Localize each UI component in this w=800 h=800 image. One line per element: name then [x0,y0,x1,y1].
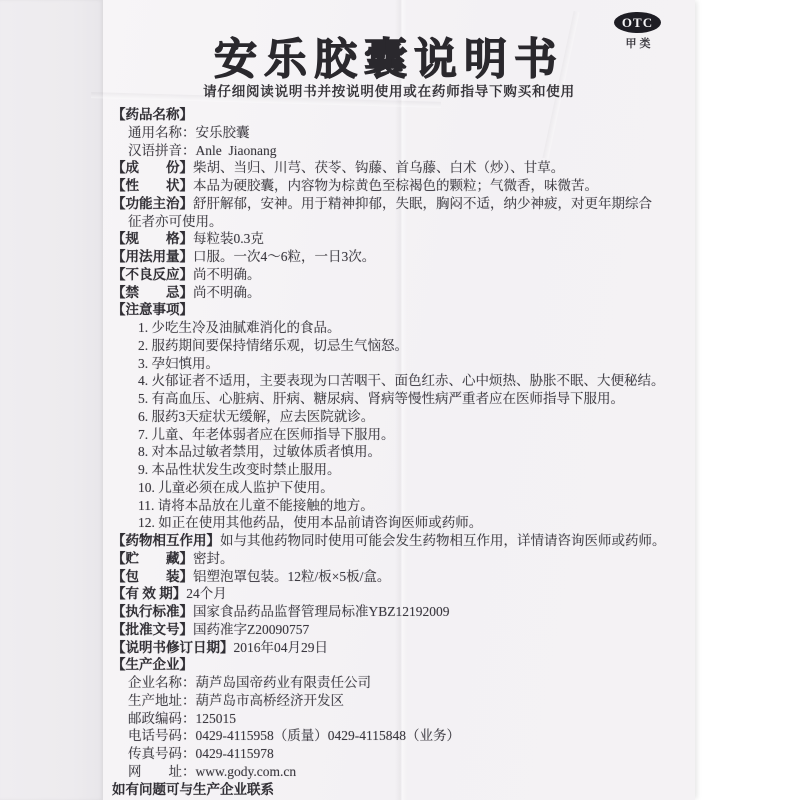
notice-item: 5. 有高血压、心脏病、肝病、糖尿病、肾病等慢性病严重者应在医师指导下服用。 [112,390,690,408]
notice-item: 12. 如正在使用其他药品，使用本品前请咨询医师或药师。 [112,514,690,532]
section-content: 每粒装0.3克 [193,231,264,246]
section-label: 【批准文号】 [112,622,193,637]
section-line: 【禁 忌】尚不明确。 [112,284,690,302]
section-line: 【功能主治】舒肝解郁，安神。用于精神抑郁，失眠，胸闷不适，纳少神疲，对更年期综合 [112,195,690,213]
section-line: 【说明书修订日期】2016年04月29日 [112,639,690,657]
detail-line: 汉语拼音：Anle Jiaonang [112,142,690,160]
section-line: 【贮 藏】密封。 [112,550,690,568]
section-label: 【药物相互作用】 [112,533,220,548]
section-content: 铝塑泡罩包装。12粒/板×5板/盒。 [193,569,390,584]
section-line: 【注意事项】 [112,301,690,319]
section-label: 【用法用量】 [112,249,193,264]
section-content: 国家食品药品监督管理局标准YBZ12192009 [193,604,450,619]
section-label: 【性 状】 [112,178,193,193]
section-content: 本品为硬胶囊，内容物为棕黄色至棕褐色的颗粒；气微香，味微苦。 [193,178,598,193]
section-line: 【不良反应】尚不明确。 [112,266,690,284]
section-line: 【有 效 期】24个月 [112,585,690,603]
section-label: 【禁 忌】 [112,285,193,300]
notice-item: 4. 火郁证者不适用，主要表现为口苦咽干、面色红赤、心中烦热、胁胀不眠、大便秘结… [112,372,690,390]
section-line: 【包 装】铝塑泡罩包装。12粒/板×5板/盒。 [112,568,690,586]
notice-item: 7. 儿童、年老体弱者应在医师指导下服用。 [112,426,690,444]
detail-line: 电话号码：0429-4115958（质量）0429-4115848（业务） [112,727,690,745]
section-label: 【规 格】 [112,231,193,246]
detail-line: 企业名称：葫芦岛国帝药业有限责任公司 [112,674,690,692]
leaflet-paper: OTC 甲类 安乐胶囊说明书 请仔细阅读说明书并按说明使用或在药师指导下购买和使… [103,0,695,800]
detail-line: 通用名称：安乐胶囊 [112,124,690,142]
section-content: 24个月 [186,586,227,601]
section-line: 【药物相互作用】如与其他药物同时使用可能会发生药物相互作用，详情请咨询医师或药师… [112,532,690,550]
leaflet-scan-page: OTC 甲类 安乐胶囊说明书 请仔细阅读说明书并按说明使用或在药师指导下购买和使… [0,0,800,800]
section-content: 2016年04月29日 [234,640,329,655]
notice-item: 11. 请将本品放在儿童不能接触的地方。 [112,497,690,515]
section-label: 【注意事项】 [112,302,193,317]
section-label: 【不良反应】 [112,267,193,282]
notice-item: 6. 服药3天症状无缓解，应去医院就诊。 [112,408,690,426]
section-label: 【药品名称】 [112,107,193,122]
detail-line: 生产地址：葫芦岛市高桥经济开发区 [112,692,690,710]
document-body: 【药品名称】通用名称：安乐胶囊汉语拼音：Anle Jiaonang【成 份】柴胡… [112,106,690,798]
footer-note: 如有问题可与生产企业联系 [112,781,690,799]
detail-line: 征者亦可使用。 [112,213,690,231]
section-content: 尚不明确。 [193,285,261,300]
notice-item: 9. 本品性状发生改变时禁止服用。 [112,461,690,479]
section-line: 【药品名称】 [112,106,690,124]
section-line: 【用法用量】口服。一次4～6粒，一日3次。 [112,248,690,266]
section-content: 口服。一次4～6粒，一日3次。 [193,249,375,264]
notice-item: 10. 儿童必须在成人监护下使用。 [112,479,690,497]
section-label: 【说明书修订日期】 [112,640,234,655]
section-label: 【执行标准】 [112,604,193,619]
page-subtitle: 请仔细阅读说明书并按说明使用或在药师指导下购买和使用 [109,80,669,100]
section-label: 【包 装】 [112,569,193,584]
section-content: 国药准字Z20090757 [193,622,309,637]
detail-line: 邮政编码：125015 [112,710,690,728]
section-line: 【执行标准】国家食品药品监督管理局标准YBZ12192009 [112,603,690,621]
section-line: 【规 格】每粒装0.3克 [112,230,690,248]
section-content: 如与其他药物同时使用可能会发生药物相互作用，详情请咨询医师或药师。 [220,533,666,548]
notice-item: 1. 少吃生冷及油腻难消化的食品。 [112,319,690,337]
section-label: 【成 份】 [112,160,193,175]
detail-line: 网 址：www.gody.com.cn [112,763,690,781]
section-content: 柴胡、当归、川芎、茯苓、钩藤、首乌藤、白术（炒）、甘草。 [193,160,564,175]
section-content: 舒肝解郁，安神。用于精神抑郁，失眠，胸闷不适，纳少神疲，对更年期综合 [193,196,652,211]
section-label: 【功能主治】 [112,196,193,211]
notice-item: 8. 对本品过敏者禁用，过敏体质者慎用。 [112,443,690,461]
notice-item: 3. 孕妇慎用。 [112,355,690,373]
left-fold-strip [0,0,103,800]
section-label: 【贮 藏】 [112,551,193,566]
section-line: 【生产企业】 [112,656,690,674]
section-content: 尚不明确。 [193,267,261,282]
section-label: 【有 效 期】 [112,586,186,601]
notice-item: 2. 服药期间要保持情绪乐观，切忌生气恼怒。 [112,337,690,355]
section-line: 【批准文号】国药准字Z20090757 [112,621,690,639]
section-label: 【生产企业】 [112,657,193,672]
section-line: 【成 份】柴胡、当归、川芎、茯苓、钩藤、首乌藤、白术（炒）、甘草。 [112,159,690,177]
section-line: 【性 状】本品为硬胶囊，内容物为棕黄色至棕褐色的颗粒；气微香，味微苦。 [112,177,690,195]
section-content: 密封。 [193,551,234,566]
page-title: 安乐胶囊说明书 [109,26,669,87]
detail-line: 传真号码：0429-4115978 [112,745,690,763]
